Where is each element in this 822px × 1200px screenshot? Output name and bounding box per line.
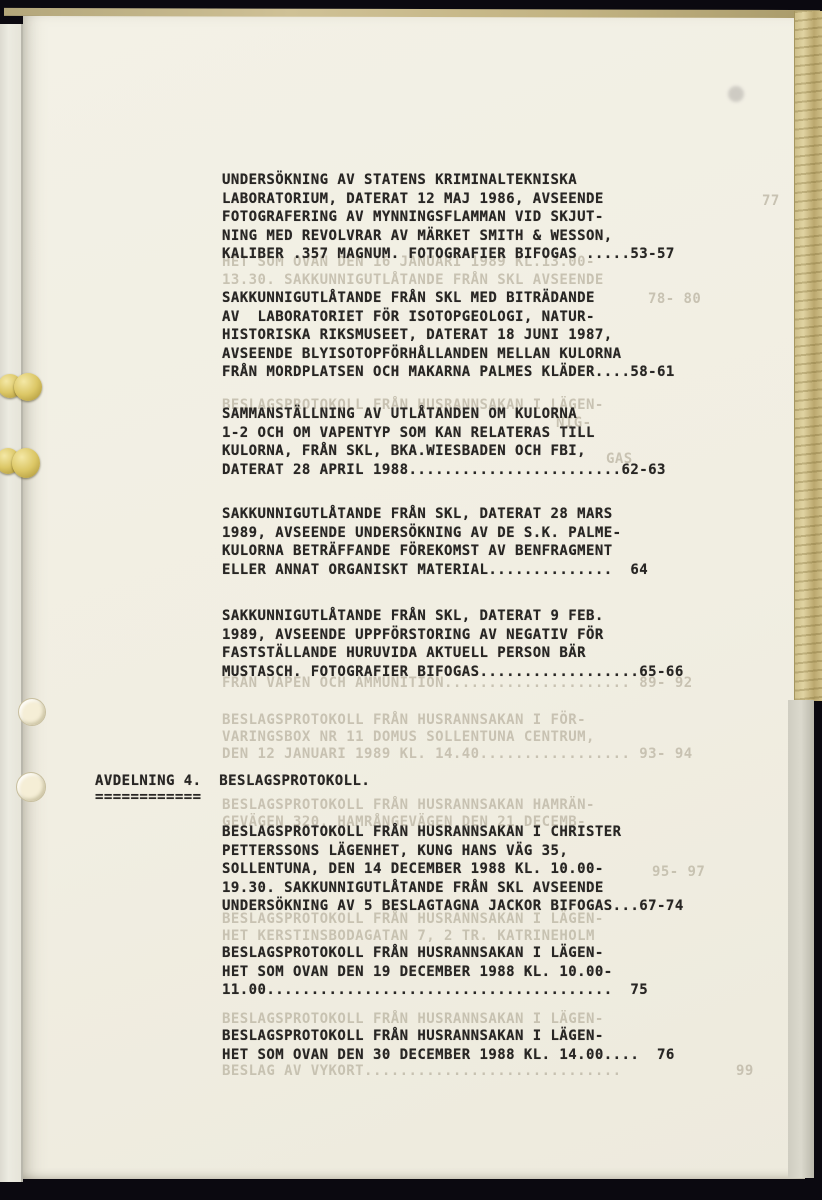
toc-entry: SAMMANSTÄLLNING AV UTLÅTANDEN OM KULORNA… bbox=[222, 405, 666, 479]
toc-entry: SAKKUNNIGUTLÅTANDE FRÅN SKL MED BITRÄDAN… bbox=[222, 289, 675, 382]
punch-hole bbox=[18, 698, 46, 726]
ghost-bleedthrough-line: HET KERSTINSBODAGATAN 7, 2 TR. KATRINEHO… bbox=[222, 927, 595, 946]
smudge-dot bbox=[728, 86, 744, 102]
toc-entry: BESLAGSPROTOKOLL FRÅN HUSRANNSAKAN I LÄG… bbox=[222, 1027, 675, 1064]
ghost-bleedthrough-line: BESLAG AV VYKORT........................… bbox=[222, 1062, 622, 1081]
scanned-document-photo: { "page": { "heading": { "line": "AVDELN… bbox=[0, 0, 822, 1200]
toc-entry: SAKKUNNIGUTLÅTANDE FRÅN SKL, DATERAT 28 … bbox=[222, 505, 648, 579]
ghost-bleedthrough-line: BESLAGSPROTOKOLL FRÅN HUSRANNSAKAN I FÖR… bbox=[222, 711, 586, 730]
ghost-bleedthrough-line: VARINGSBOX NR 11 DOMUS SOLLENTUNA CENTRU… bbox=[222, 728, 595, 747]
ghost-bleedthrough-line: BESLAGSPROTOKOLL FRÅN HUSRANNSAKAN I LÄG… bbox=[222, 1010, 604, 1029]
punch-hole bbox=[16, 772, 46, 802]
ghost-bleedthrough-line: 99 bbox=[736, 1062, 754, 1081]
ghost-bleedthrough-line: BESLAGSPROTOKOLL FRÅN HUSRANNSAKAN HAMRÄ… bbox=[222, 796, 595, 815]
right-tape-edge bbox=[794, 11, 822, 701]
ghost-bleedthrough-line: 13.30. SAKKUNNIGUTLÅTANDE FRÅN SKL AVSEE… bbox=[222, 271, 604, 290]
ghost-bleedthrough-line: 77 bbox=[762, 192, 780, 211]
section-heading-underline: ============ bbox=[95, 788, 202, 807]
toc-entry: BESLAGSPROTOKOLL FRÅN HUSRANNSAKAN I LÄG… bbox=[222, 944, 648, 1000]
previous-page-edge bbox=[0, 24, 23, 1182]
right-underpage-edge bbox=[788, 700, 814, 1178]
toc-entry: SAKKUNNIGUTLÅTANDE FRÅN SKL, DATERAT 9 F… bbox=[222, 607, 684, 681]
toc-entry: BESLAGSPROTOKOLL FRÅN HUSRANNSAKAN I CHR… bbox=[222, 823, 684, 916]
binder-fastener bbox=[12, 448, 40, 478]
toc-entry: UNDERSÖKNING AV STATENS KRIMINALTEKNISKA… bbox=[222, 171, 675, 264]
ghost-bleedthrough-line: DEN 12 JANUARI 1989 KL. 14.40...........… bbox=[222, 745, 693, 764]
binder-fastener bbox=[14, 373, 42, 401]
